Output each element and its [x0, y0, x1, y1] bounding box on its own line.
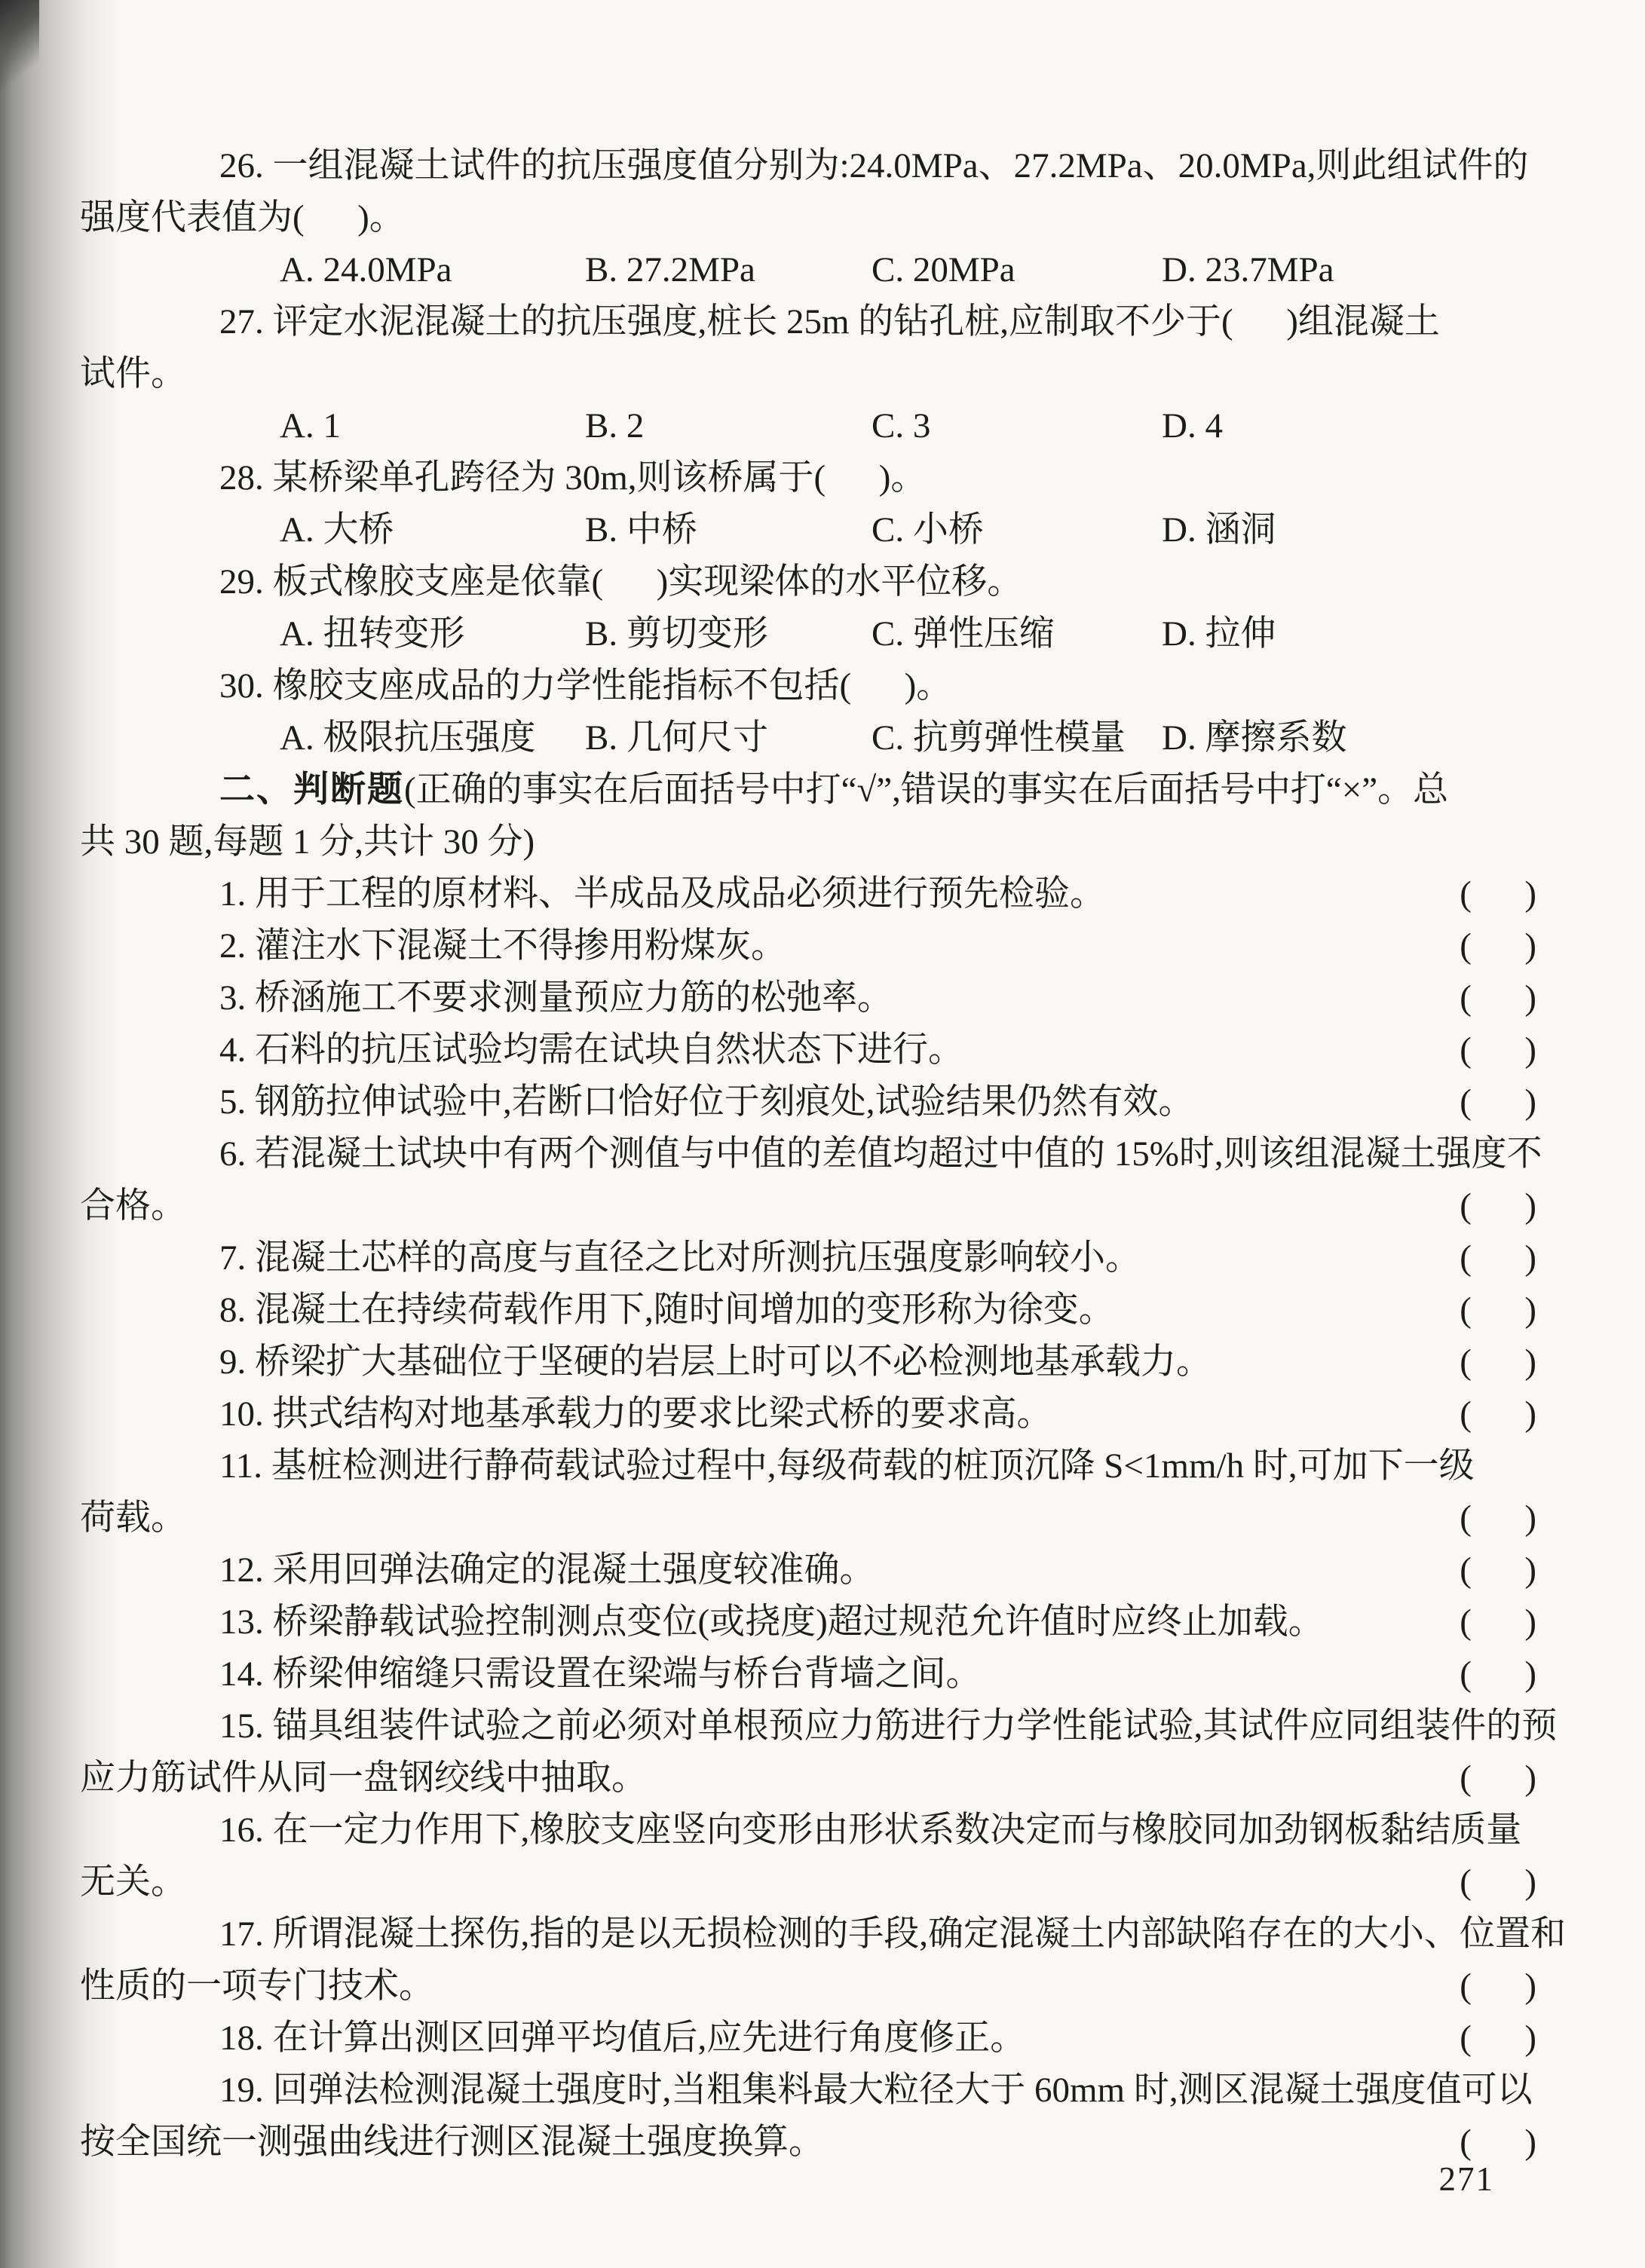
tf-item-text: 13. 桥梁静载试验控制测点变位(或挠度)超过规范允许值时应终止加载。 [219, 1596, 1324, 1648]
answer-parentheses: ( ) [1460, 1388, 1536, 1440]
mcq-option: C. 弹性压缩 [872, 608, 1162, 660]
answer-parentheses: ( ) [1460, 1960, 1536, 2012]
mcq-option: D. 4 [1162, 400, 1223, 452]
page-number: 271 [1439, 2159, 1495, 2199]
mcq-option: B. 27.2MPa [585, 244, 872, 296]
answer-parentheses: ( ) [1460, 1544, 1536, 1596]
tf-item-line: 性质的一项专门技术。( ) [80, 1960, 1536, 2012]
tf-item-line: 4. 石料的抗压试验均需在试块自然状态下进行。( ) [80, 1024, 1536, 1076]
tf-item-line: 16. 在一定力作用下,橡胶支座竖向变形由形状系数决定而与橡胶同加劲钢板黏结质量 [80, 1804, 1536, 1856]
tf-item-line: 6. 若混凝土试块中有两个测值与中值的差值均超过中值的 15%时,则该组混凝土强… [80, 1128, 1536, 1180]
tf-item-line: 5. 钢筋拉伸试验中,若断口恰好位于刻痕处,试验结果仍然有效。( ) [80, 1076, 1536, 1128]
answer-parentheses: ( ) [1460, 972, 1536, 1024]
mcq-stem-line: 29. 板式橡胶支座是依靠( )实现梁体的水平位移。 [80, 556, 1536, 608]
tf-item-line: 17. 所谓混凝土探伤,指的是以无损检测的手段,确定混凝土内部缺陷存在的大小、位… [80, 1908, 1536, 1960]
tf-item-line: 按全国统一测强曲线进行测区混凝土强度换算。( ) [80, 2116, 1536, 2169]
tf-item-text: 应力筋试件从同一盘钢绞线中抽取。 [80, 1752, 647, 1804]
answer-parentheses: ( ) [1460, 1232, 1536, 1284]
tf-item-line: 10. 拱式结构对地基承载力的要求比梁式桥的要求高。( ) [80, 1388, 1536, 1440]
mcq-option: B. 几何尺寸 [585, 712, 872, 764]
tf-item-text: 荷载。 [80, 1492, 186, 1544]
tf-item-text: 10. 拱式结构对地基承载力的要求比梁式桥的要求高。 [219, 1388, 1052, 1440]
mcq-options-row: A. 1B. 2C. 3D. 4 [80, 400, 1536, 452]
mcq-options-row: A. 大桥B. 中桥C. 小桥D. 涵洞 [80, 504, 1536, 556]
answer-parentheses: ( ) [1460, 2012, 1536, 2064]
tf-item-text: 2. 灌注水下混凝土不得掺用粉煤灰。 [219, 920, 786, 972]
tf-item-text: 16. 在一定力作用下,橡胶支座竖向变形由形状系数决定而与橡胶同加劲钢板黏结质量 [219, 1804, 1521, 1856]
answer-parentheses: ( ) [1460, 1648, 1536, 1700]
multiple-choice-section: 26. 一组混凝土试件的抗压强度值分别为:24.0MPa、27.2MPa、20.… [80, 140, 1536, 764]
tf-item-text: 11. 基桩检测进行静荷载试验过程中,每级荷载的桩顶沉降 S<1mm/h 时,可… [219, 1440, 1475, 1492]
tf-item-line: 19. 回弹法检测混凝土强度时,当粗集料最大粒径大于 60mm 时,测区混凝土强… [80, 2064, 1536, 2116]
tf-item-text: 14. 桥梁伸缩缝只需设置在梁端与桥台背墙之间。 [219, 1648, 982, 1700]
answer-parentheses: ( ) [1460, 1856, 1536, 1908]
tf-item-line: 合格。( ) [80, 1180, 1536, 1232]
answer-parentheses: ( ) [1460, 1284, 1536, 1336]
tf-item-text: 4. 石料的抗压试验均需在试块自然状态下进行。 [219, 1024, 963, 1076]
mcq-stem-line: 27. 评定水泥混凝土的抗压强度,桩长 25m 的钻孔桩,应制取不少于( )组混… [80, 296, 1536, 348]
tf-item-text: 6. 若混凝土试块中有两个测值与中值的差值均超过中值的 15%时,则该组混凝土强… [219, 1128, 1542, 1180]
mcq-stem-text: 27. 评定水泥混凝土的抗压强度,桩长 25m 的钻孔桩,应制取不少于( )组混… [219, 296, 1440, 348]
tf-item-line: 18. 在计算出测区回弹平均值后,应先进行角度修正。( ) [80, 2012, 1536, 2064]
answer-parentheses: ( ) [1460, 920, 1536, 972]
answer-parentheses: ( ) [1460, 1596, 1536, 1648]
mcq-options-row: A. 扭转变形B. 剪切变形C. 弹性压缩D. 拉伸 [80, 608, 1536, 660]
mcq-option: D. 23.7MPa [1162, 244, 1334, 296]
answer-parentheses: ( ) [1460, 1076, 1536, 1128]
answer-parentheses: ( ) [1460, 1180, 1536, 1232]
tf-section-header-line2: 共 30 题,每题 1 分,共计 30 分) [80, 816, 1536, 868]
tf-section-instructions-cont: 共 30 题,每题 1 分,共计 30 分) [80, 816, 535, 868]
tf-item-text: 3. 桥涵施工不要求测量预应力筋的松弛率。 [219, 972, 893, 1024]
answer-parentheses: ( ) [1460, 868, 1536, 920]
mcq-option: D. 涵洞 [1162, 504, 1276, 556]
answer-parentheses: ( ) [1460, 1024, 1536, 1076]
mcq-option: C. 20MPa [872, 244, 1162, 296]
answer-parentheses: ( ) [1460, 1752, 1536, 1804]
tf-item-text: 17. 所谓混凝土探伤,指的是以无损检测的手段,确定混凝土内部缺陷存在的大小、位… [219, 1908, 1566, 1960]
tf-item-text: 1. 用于工程的原材料、半成品及成品必须进行预先检验。 [219, 868, 1105, 920]
exam-content: 26. 一组混凝土试件的抗压强度值分别为:24.0MPa、27.2MPa、20.… [80, 140, 1536, 2169]
tf-section-title: 二、判断题 [219, 764, 404, 816]
tf-item-text: 8. 混凝土在持续荷载作用下,随时间增加的变形称为徐变。 [219, 1284, 1114, 1336]
tf-item-text: 19. 回弹法检测混凝土强度时,当粗集料最大粒径大于 60mm 时,测区混凝土强… [219, 2064, 1533, 2116]
tf-item-text: 按全国统一测强曲线进行测区混凝土强度换算。 [80, 2116, 824, 2169]
mcq-option: C. 抗剪弹性模量 [872, 712, 1162, 764]
mcq-option: D. 摩擦系数 [1162, 712, 1346, 764]
tf-item-line: 2. 灌注水下混凝土不得掺用粉煤灰。( ) [80, 920, 1536, 972]
tf-item-line: 应力筋试件从同一盘钢绞线中抽取。( ) [80, 1752, 1536, 1804]
tf-item-line: 13. 桥梁静载试验控制测点变位(或挠度)超过规范允许值时应终止加载。( ) [80, 1596, 1536, 1648]
answer-parentheses: ( ) [1460, 1336, 1536, 1388]
tf-item-line: 14. 桥梁伸缩缝只需设置在梁端与桥台背墙之间。( ) [80, 1648, 1536, 1700]
scan-corner-smudge [0, 0, 39, 98]
mcq-option: B. 2 [585, 400, 872, 452]
mcq-option: A. 24.0MPa [280, 244, 585, 296]
tf-section-header-line1: 二、判断题(正确的事实在后面括号中打“√”,错误的事实在后面括号中打“×”。总 [80, 764, 1536, 816]
mcq-option: A. 极限抗压强度 [280, 712, 585, 764]
tf-item-text: 18. 在计算出测区回弹平均值后,应先进行角度修正。 [219, 2012, 1025, 2064]
mcq-option: A. 扭转变形 [280, 608, 585, 660]
mcq-options-row: A. 极限抗压强度B. 几何尺寸C. 抗剪弹性模量D. 摩擦系数 [80, 712, 1536, 764]
mcq-options-row: A. 24.0MPaB. 27.2MPaC. 20MPaD. 23.7MPa [80, 244, 1536, 296]
mcq-stem-text: 30. 橡胶支座成品的力学性能指标不包括( )。 [219, 660, 951, 712]
tf-item-line: 3. 桥涵施工不要求测量预应力筋的松弛率。( ) [80, 972, 1536, 1024]
tf-item-text: 无关。 [80, 1856, 186, 1908]
tf-item-line: 8. 混凝土在持续荷载作用下,随时间增加的变形称为徐变。( ) [80, 1284, 1536, 1336]
mcq-stem-line: 26. 一组混凝土试件的抗压强度值分别为:24.0MPa、27.2MPa、20.… [80, 140, 1536, 192]
mcq-option: C. 3 [872, 400, 1162, 452]
tf-item-text: 性质的一项专门技术。 [80, 1960, 434, 2012]
mcq-option: B. 剪切变形 [585, 608, 872, 660]
mcq-stem-line: 试件。 [80, 348, 1536, 400]
tf-section-instructions: (正确的事实在后面括号中打“√”,错误的事实在后面括号中打“×”。总 [404, 764, 1448, 816]
mcq-stem-line: 28. 某桥梁单孔跨径为 30m,则该桥属于( )。 [80, 452, 1536, 504]
mcq-option: A. 1 [280, 400, 585, 452]
tf-item-line: 11. 基桩检测进行静荷载试验过程中,每级荷载的桩顶沉降 S<1mm/h 时,可… [80, 1440, 1536, 1492]
tf-item-line: 9. 桥梁扩大基础位于坚硬的岩层上时可以不必检测地基承载力。( ) [80, 1336, 1536, 1388]
tf-item-line: 12. 采用回弹法确定的混凝土强度较准确。( ) [80, 1544, 1536, 1596]
mcq-option: C. 小桥 [872, 504, 1162, 556]
mcq-stem-text: 26. 一组混凝土试件的抗压强度值分别为:24.0MPa、27.2MPa、20.… [219, 140, 1528, 192]
tf-item-line: 1. 用于工程的原材料、半成品及成品必须进行预先检验。( ) [80, 868, 1536, 920]
tf-item-line: 无关。( ) [80, 1856, 1536, 1908]
tf-item-text: 12. 采用回弹法确定的混凝土强度较准确。 [219, 1544, 875, 1596]
tf-item-line: 荷载。( ) [80, 1492, 1536, 1544]
tf-item-text: 15. 锚具组装件试验之前必须对单根预应力筋进行力学性能试验,其试件应同组装件的… [219, 1700, 1557, 1752]
tf-item-text: 合格。 [80, 1180, 186, 1232]
mcq-option: A. 大桥 [280, 504, 585, 556]
mcq-stem-text: 强度代表值为( )。 [80, 192, 405, 244]
mcq-stem-line: 强度代表值为( )。 [80, 192, 1536, 244]
answer-parentheses: ( ) [1460, 1492, 1536, 1544]
mcq-option: B. 中桥 [585, 504, 872, 556]
tf-item-text: 5. 钢筋拉伸试验中,若断口恰好位于刻痕处,试验结果仍然有效。 [219, 1076, 1194, 1128]
tf-item-text: 9. 桥梁扩大基础位于坚硬的岩层上时可以不必检测地基承载力。 [219, 1336, 1212, 1388]
mcq-option: D. 拉伸 [1162, 608, 1276, 660]
true-false-section: 1. 用于工程的原材料、半成品及成品必须进行预先检验。( )2. 灌注水下混凝土… [80, 868, 1536, 2169]
mcq-stem-text: 28. 某桥梁单孔跨径为 30m,则该桥属于( )。 [219, 452, 926, 504]
tf-item-line: 15. 锚具组装件试验之前必须对单根预应力筋进行力学性能试验,其试件应同组装件的… [80, 1700, 1536, 1752]
tf-item-line: 7. 混凝土芯样的高度与直径之比对所测抗压强度影响较小。( ) [80, 1232, 1536, 1284]
mcq-stem-text: 试件。 [80, 348, 186, 400]
mcq-stem-line: 30. 橡胶支座成品的力学性能指标不包括( )。 [80, 660, 1536, 712]
tf-item-text: 7. 混凝土芯样的高度与直径之比对所测抗压强度影响较小。 [219, 1232, 1141, 1284]
mcq-stem-text: 29. 板式橡胶支座是依靠( )实现梁体的水平位移。 [219, 556, 1022, 608]
